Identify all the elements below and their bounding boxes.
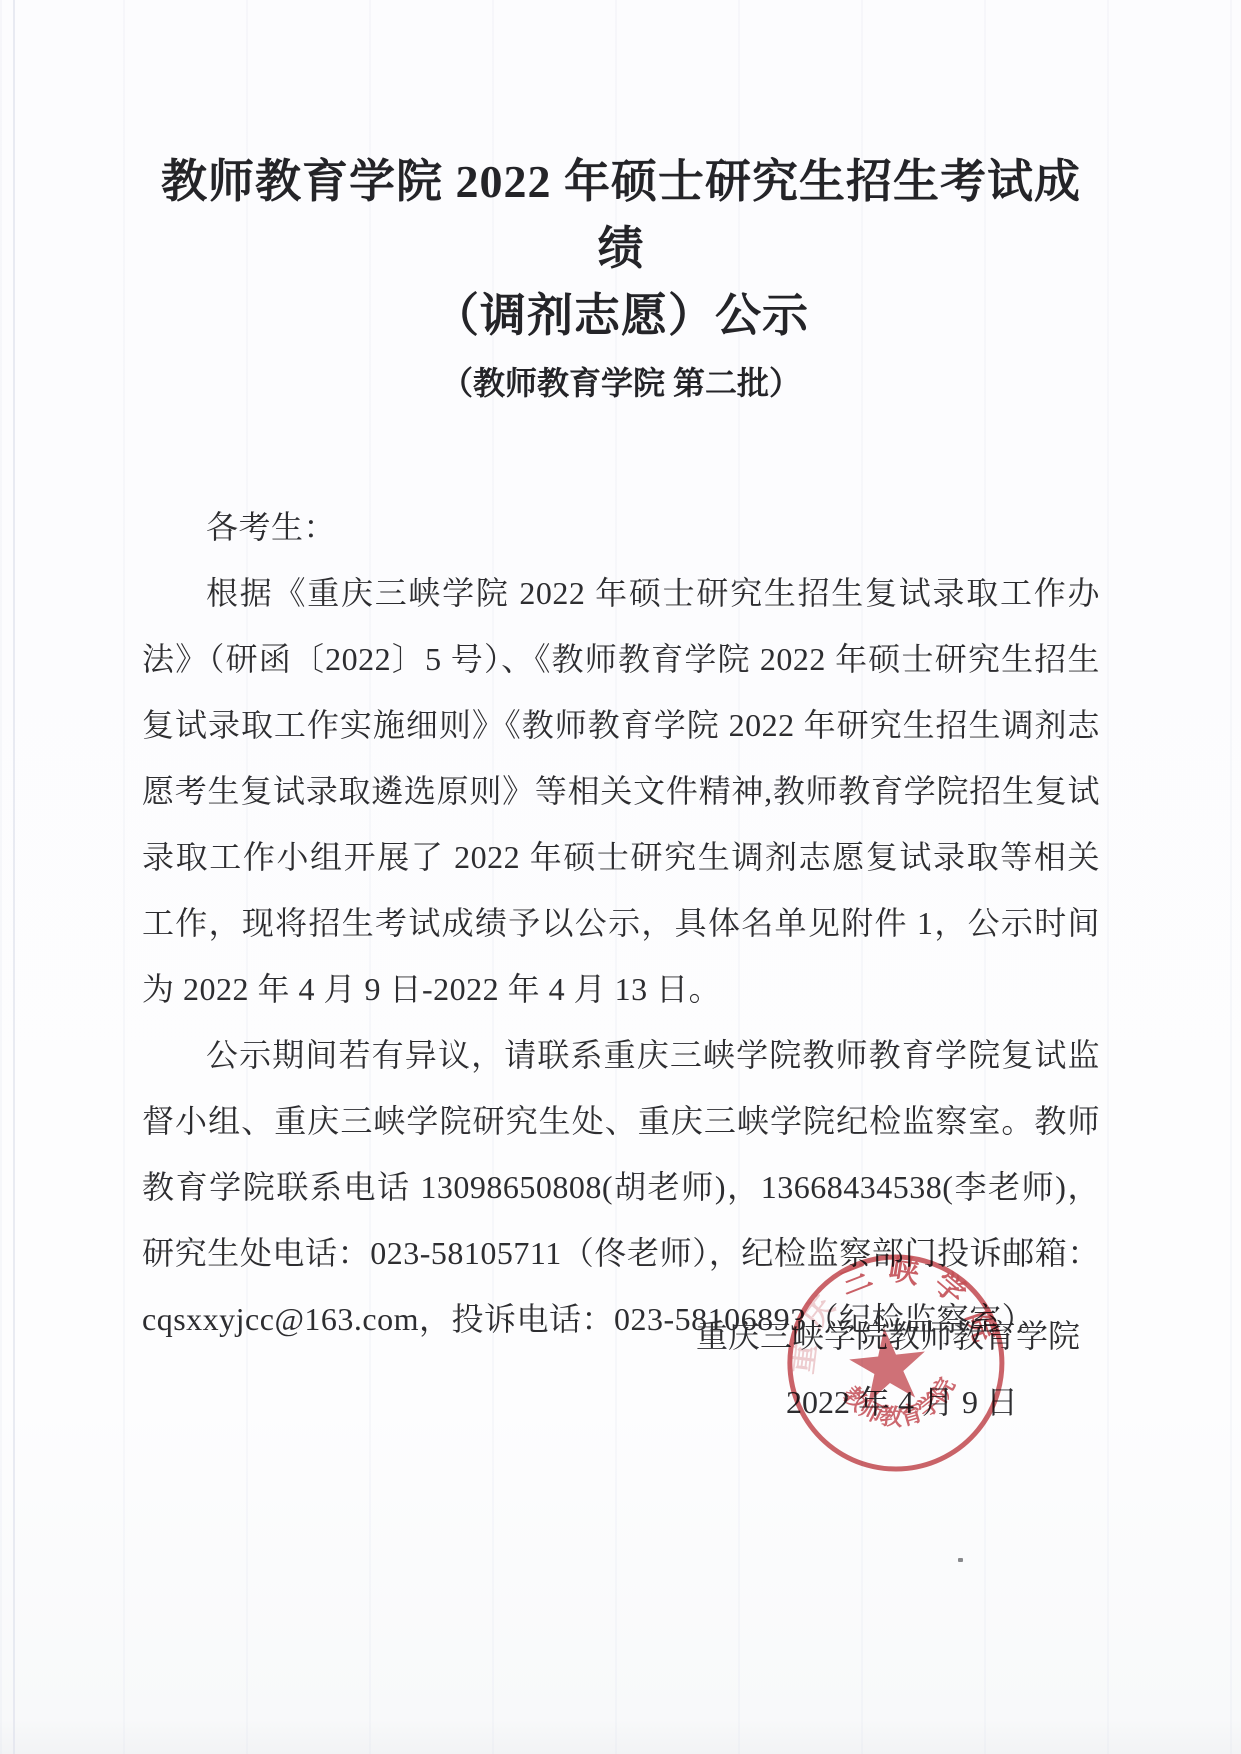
scan-edge-line xyxy=(13,0,15,1754)
paragraph-1: 根据《重庆三峡学院 2022 年硕士研究生招生复试录取工作办法》（研函〔2022… xyxy=(142,560,1100,1022)
document-subtitle: （教师教育学院 第二批） xyxy=(142,363,1100,403)
salutation: 各考生： xyxy=(142,494,1100,560)
title-line-2: （调剂志愿）公示 xyxy=(142,282,1100,349)
document-body: 各考生： 根据《重庆三峡学院 2022 年硕士研究生招生复试录取工作办法》（研函… xyxy=(142,494,1100,1352)
scanned-notice-page: 教师教育学院 2022 年硕士研究生招生考试成绩 （调剂志愿）公示 （教师教育学… xyxy=(0,0,1241,1754)
title-line-1: 教师教育学院 2022 年硕士研究生招生考试成绩 xyxy=(142,148,1100,282)
page-title: 教师教育学院 2022 年硕士研究生招生考试成绩 （调剂志愿）公示 xyxy=(142,120,1100,349)
scan-speck xyxy=(958,1558,963,1562)
official-seal: 重庆三峡学院 教师教育学院 xyxy=(774,1237,1017,1491)
document-content: 教师教育学院 2022 年硕士研究生招生考试成绩 （调剂志愿）公示 （教师教育学… xyxy=(142,120,1100,1352)
